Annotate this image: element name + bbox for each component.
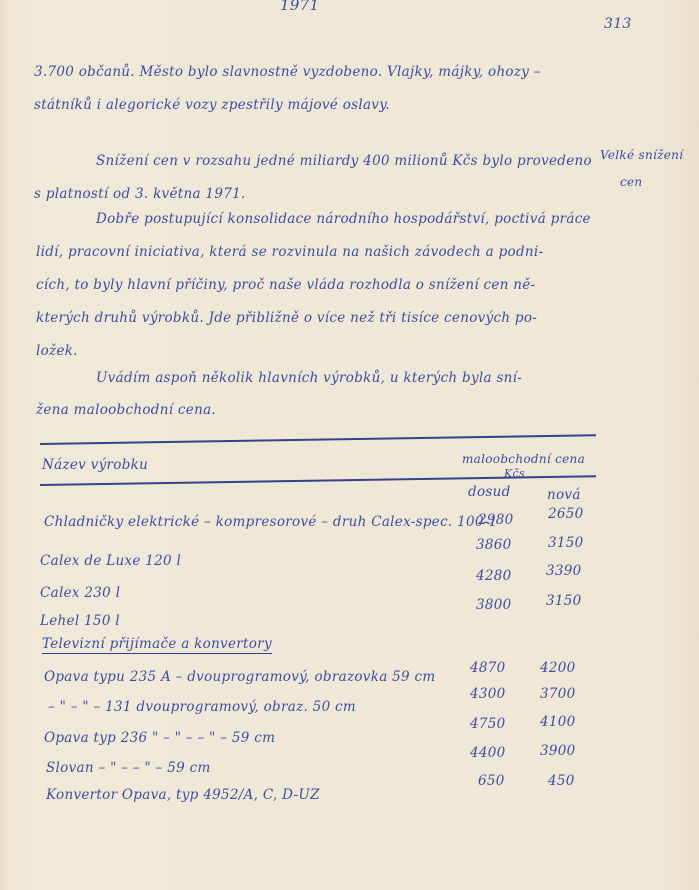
table-row-new-price: 3700 bbox=[540, 686, 576, 702]
table-row-new-price: 4200 bbox=[540, 660, 576, 676]
column-header-old-price: dosud bbox=[468, 484, 511, 500]
year-heading: 1971 bbox=[280, 0, 319, 14]
paragraph-3-line-4: kterých druhů výrobků. Jde přibližně o v… bbox=[36, 310, 537, 326]
table-row-old-price: 4280 bbox=[476, 568, 512, 584]
table-row-name: Slovan – " – – " – 59 cm bbox=[46, 760, 211, 776]
margin-note-line-1: Velké snížení bbox=[600, 148, 683, 162]
paragraph-3-line-3: cích, to byly hlavní příčiny, proč naše … bbox=[36, 277, 535, 293]
table-row-name: Konvertor Opava, typ 4952/A, C, D-UZ bbox=[46, 787, 320, 803]
table-row-old-price: 3860 bbox=[476, 537, 512, 553]
table-row-name: Opava typu 235 A – dvouprogramový, obraz… bbox=[44, 669, 435, 685]
paragraph-1-line-2: státníků i alegorické vozy zpestřily máj… bbox=[34, 97, 390, 113]
table-row-new-price: 3150 bbox=[546, 593, 582, 609]
table-row-old-price: 2980 bbox=[478, 512, 514, 528]
column-header-product-name: Název výrobku bbox=[42, 457, 148, 473]
column-header-retail-price: maloobchodní cena bbox=[462, 452, 585, 466]
table-row-new-price: 3900 bbox=[540, 743, 576, 759]
page-number: 313 bbox=[604, 16, 632, 32]
paragraph-3-line-5: ložek. bbox=[36, 343, 78, 359]
column-header-new-price: nová bbox=[547, 487, 581, 503]
paragraph-3-line-2: lidí, pracovní iniciativa, která se rozv… bbox=[36, 244, 543, 260]
table-row-name: – " – " – 131 dvouprogramový, obraz. 50 … bbox=[48, 699, 356, 715]
table-row-old-price: 3800 bbox=[476, 597, 512, 613]
table-row-old-price: 4300 bbox=[470, 686, 506, 702]
column-header-currency: Kčs bbox=[504, 467, 525, 480]
table-row-new-price: 3150 bbox=[548, 535, 584, 551]
table-row-name: Calex 230 l bbox=[40, 585, 120, 601]
table-row-old-price: 4400 bbox=[470, 745, 506, 761]
table-row-old-price: 4750 bbox=[470, 716, 506, 732]
document-page: 1971 313 3.700 občanů. Město bylo slavno… bbox=[0, 0, 699, 890]
table-top-rule bbox=[40, 434, 596, 444]
paragraph-4-line-2: žena maloobchodní cena. bbox=[36, 402, 216, 418]
margin-note-line-2: cen bbox=[620, 175, 642, 189]
table-row-name: Chladničky elektrické – kompresorové – d… bbox=[44, 514, 498, 530]
table-row-name: Calex de Luxe 120 l bbox=[40, 553, 181, 569]
table-row-old-price: 650 bbox=[478, 773, 505, 789]
table-row-new-price: 2650 bbox=[548, 506, 584, 522]
table-row-new-price: 450 bbox=[548, 773, 575, 789]
paragraph-1-line-1: 3.700 občanů. Město bylo slavnostně vyzd… bbox=[34, 64, 541, 80]
paragraph-4-line-1: Uvádím aspoň několik hlavních výrobků, u… bbox=[96, 370, 522, 386]
paragraph-2-line-1: Snížení cen v rozsahu jedné miliardy 400… bbox=[96, 153, 592, 169]
paragraph-3-line-1: Dobře postupující konsolidace národního … bbox=[96, 211, 591, 227]
table-row-old-price: 4870 bbox=[470, 660, 506, 676]
table-row-new-price: 3390 bbox=[546, 563, 582, 579]
table-row-new-price: 4100 bbox=[540, 714, 576, 730]
table-row-name: Opava typ 236 " – " – – " – 59 cm bbox=[44, 730, 275, 746]
table-row-name: Lehel 150 l bbox=[40, 613, 120, 629]
paragraph-2-line-2: s platností od 3. května 1971. bbox=[34, 186, 246, 202]
section-title-television-receivers: Televizní přijímače a konvertory bbox=[42, 636, 272, 654]
